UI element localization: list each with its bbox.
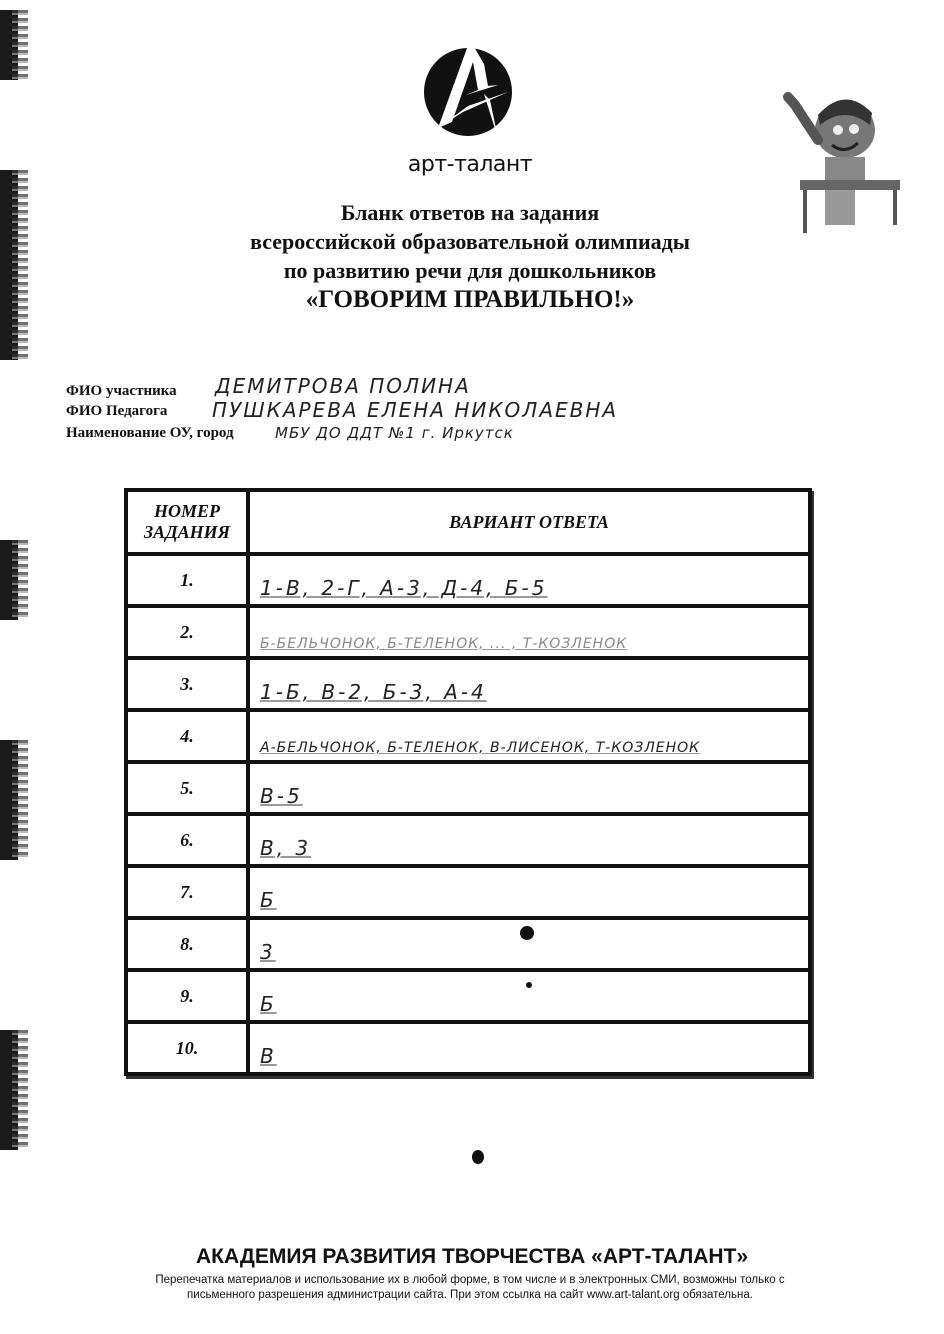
footer-academy-title: АКАДЕМИЯ РАЗВИТИЯ ТВОРЧЕСТВА «АРТ-ТАЛАНТ… <box>0 1245 944 1269</box>
task-number: 6. <box>128 816 250 864</box>
teacher-label: ФИО Педагога <box>66 403 167 420</box>
answer-value: 3 <box>260 940 276 964</box>
scan-edge-artifact <box>0 540 18 620</box>
ink-blot <box>472 1150 484 1164</box>
task-number: 1. <box>128 556 250 604</box>
scan-edge-artifact <box>0 170 18 360</box>
task-number: 2. <box>128 608 250 656</box>
title-line: по развитию речи для дошкольников <box>150 256 790 285</box>
participant-label: ФИО участника <box>66 383 177 400</box>
school-label: Наименование ОУ, город <box>66 425 234 442</box>
form-title: Бланк ответов на задания всероссийской о… <box>150 198 790 314</box>
ink-blot <box>526 982 532 988</box>
logo-text: арт-талант <box>400 152 540 177</box>
teacher-name-value: ПУШКАРЕВА ЕЛЕНА НИКОЛАЕВНА <box>212 398 618 422</box>
table-header-row: НОМЕРЗАДАНИЯ ВАРИАНТ ОТВЕТА <box>128 492 808 552</box>
boy-at-desk-illustration-icon <box>770 85 930 235</box>
table-row: 4. А-БЕЛЬЧОНОК, Б-ТЕЛЕНОК, В-ЛИСЕНОК, Т-… <box>128 708 808 760</box>
answer-value: 1-В, 2-Г, А-3, Д-4, Б-5 <box>260 576 547 600</box>
title-line: всероссийской образовательной олимпиады <box>150 227 790 256</box>
table-row: 7. Б <box>128 864 808 916</box>
table-row: 8. 3 <box>128 916 808 968</box>
header-answer-variant: ВАРИАНТ ОТВЕТА <box>250 492 808 552</box>
task-number: 4. <box>128 712 250 760</box>
answer-value: Б <box>260 992 277 1016</box>
table-row: 5. В-5 <box>128 760 808 812</box>
answer-value: Б-БЕЛЬЧОНОК, Б-ТЕЛЕНОК, ... , Т-КОЗЛЕНОК <box>260 636 627 652</box>
table-row: 1. 1-В, 2-Г, А-3, Д-4, Б-5 <box>128 552 808 604</box>
footer-copyright-note: Перепечатка материалов и использование и… <box>80 1273 860 1303</box>
answer-value: 1-Б, В-2, Б-3, А-4 <box>260 680 487 704</box>
art-talant-logo-icon <box>418 40 518 140</box>
table-row: 3. 1-Б, В-2, Б-3, А-4 <box>128 656 808 708</box>
scan-edge-artifact <box>0 10 18 80</box>
scan-edge-artifact <box>0 740 18 860</box>
task-number: 3. <box>128 660 250 708</box>
task-number: 7. <box>128 868 250 916</box>
participant-name-value: ДЕМИТРОВА ПОЛИНА <box>215 374 471 398</box>
title-line: Бланк ответов на задания <box>150 198 790 227</box>
answer-value: В <box>260 1044 277 1068</box>
task-number: 8. <box>128 920 250 968</box>
table-row: 10. В <box>128 1020 808 1072</box>
table-row: 2. Б-БЕЛЬЧОНОК, Б-ТЕЛЕНОК, ... , Т-КОЗЛЕ… <box>128 604 808 656</box>
answer-value: А-БЕЛЬЧОНОК, Б-ТЕЛЕНОК, В-ЛИСЕНОК, Т-КОЗ… <box>260 740 700 756</box>
answer-value: В-5 <box>260 784 303 808</box>
table-row: 9. Б <box>128 968 808 1020</box>
scan-edge-artifact <box>0 1030 18 1150</box>
task-number: 10. <box>128 1024 250 1072</box>
task-number: 9. <box>128 972 250 1020</box>
ink-blot <box>520 926 534 940</box>
table-row: 6. В, 3 <box>128 812 808 864</box>
answer-value: В, 3 <box>260 836 311 860</box>
task-number: 5. <box>128 764 250 812</box>
answers-table: НОМЕРЗАДАНИЯ ВАРИАНТ ОТВЕТА 1. 1-В, 2-Г,… <box>124 488 812 1076</box>
answer-value: Б <box>260 888 277 912</box>
school-value: МБУ ДО ДДТ №1 г. Иркутск <box>275 424 514 442</box>
header-task-number: НОМЕРЗАДАНИЯ <box>128 492 250 552</box>
olympiad-name: «ГОВОРИМ ПРАВИЛЬНО!» <box>150 285 790 314</box>
